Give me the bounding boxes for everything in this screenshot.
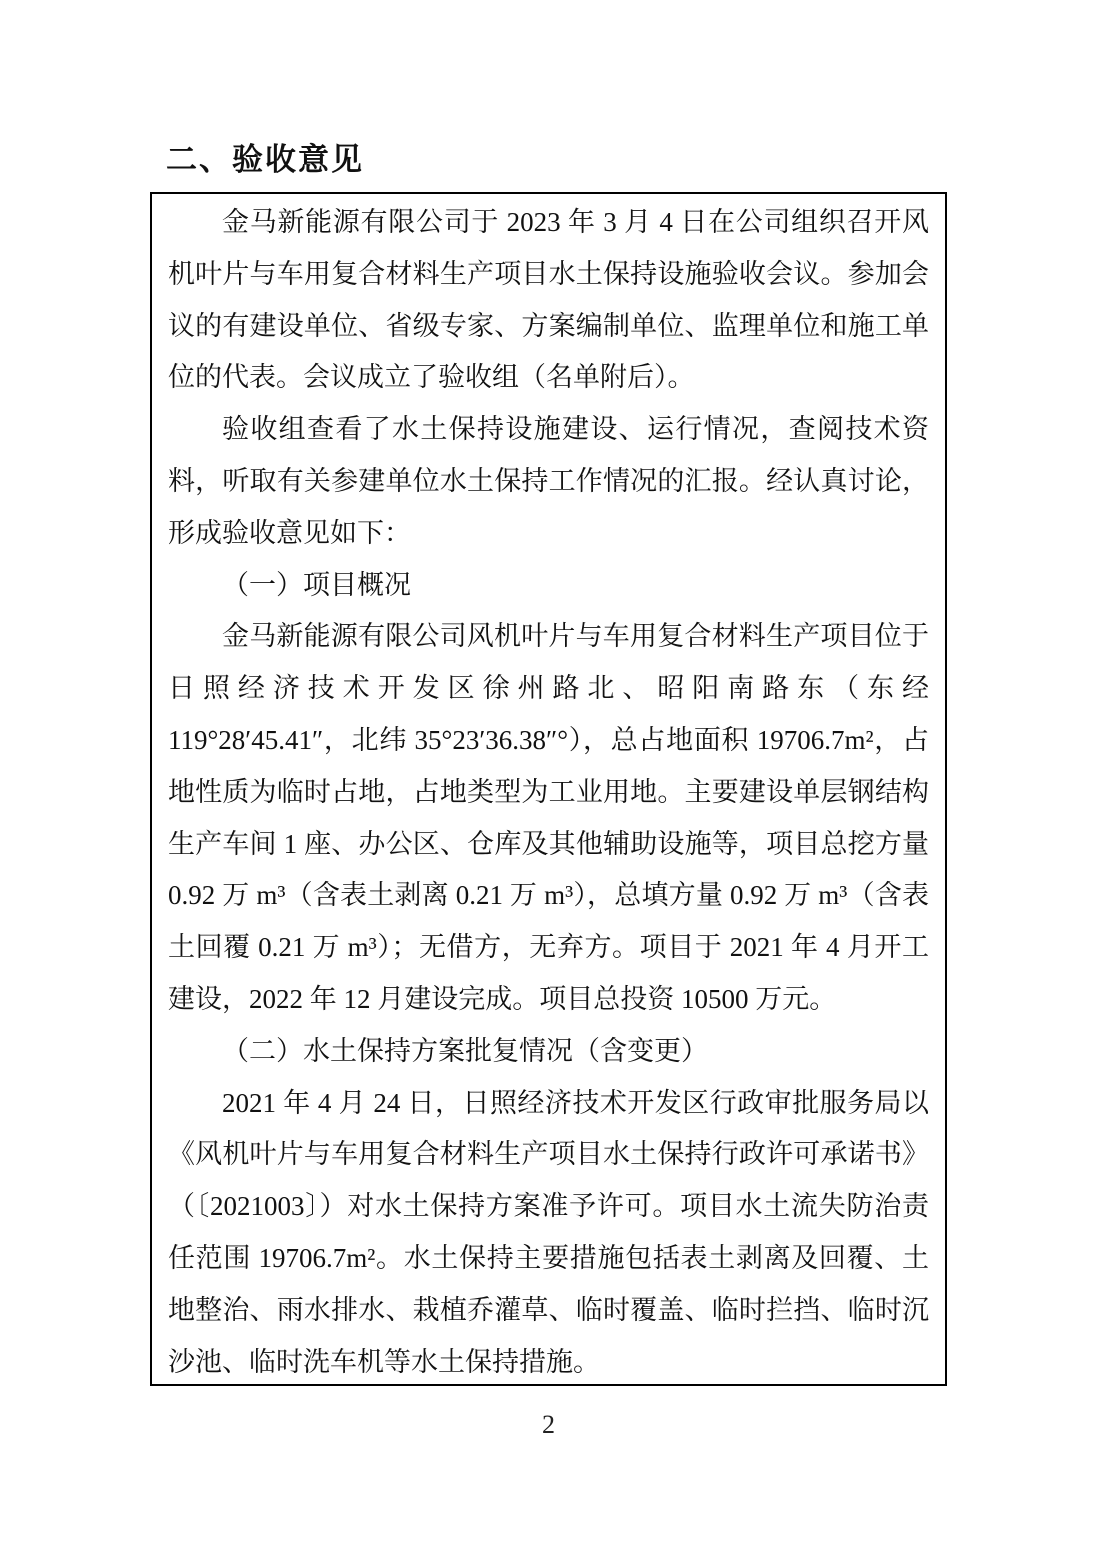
paragraph-approval-details: 2021 年 4 月 24 日，日照经济技术开发区行政审批服务局以《风机叶片与车… — [168, 1078, 929, 1386]
paragraph-meeting-overview: 金马新能源有限公司于 2023 年 3 月 4 日在公司组织召开风机叶片与车用复… — [168, 197, 929, 404]
subheading-project-overview: （一）项目概况 — [168, 560, 929, 612]
paragraph-project-details: 金马新能源有限公司风机叶片与车用复合材料生产项目位于日照经济技术开发区徐州路北、… — [168, 611, 929, 1025]
section-heading: 二、验收意见 — [166, 134, 364, 179]
paragraph-review-process: 验收组查看了水土保持设施建设、运行情况，查阅技术资料，听取有关参建单位水土保持工… — [168, 404, 929, 559]
page-number: 2 — [150, 1410, 947, 1440]
subheading-plan-approval: （二）水土保持方案批复情况（含变更） — [168, 1026, 929, 1078]
content-box: 金马新能源有限公司于 2023 年 3 月 4 日在公司组织召开风机叶片与车用复… — [150, 192, 947, 1386]
document-page: 二、验收意见 金马新能源有限公司于 2023 年 3 月 4 日在公司组织召开风… — [0, 0, 1102, 1559]
